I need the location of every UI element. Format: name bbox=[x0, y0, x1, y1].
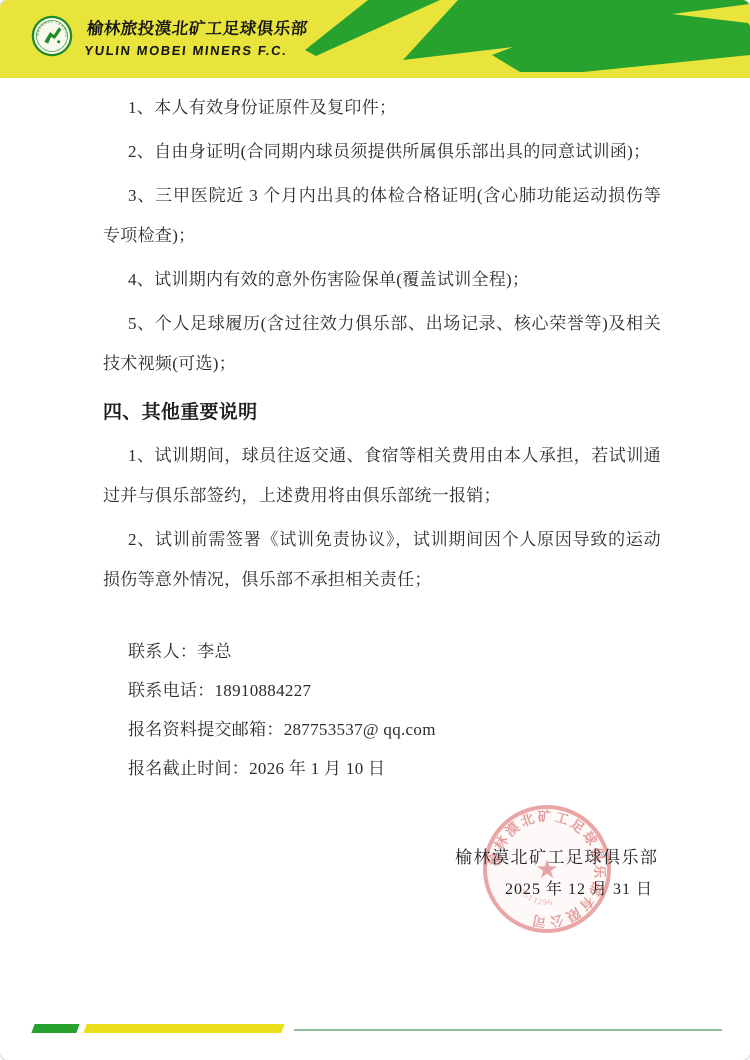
materials-item-3: 3、三甲医院近 3 个月内出具的体检合格证明(含心肺功能运动损伤等专项检查)； bbox=[103, 176, 661, 256]
footer-rule-line bbox=[294, 1029, 722, 1031]
contact-phone: 联系电话：18910884227 bbox=[103, 671, 661, 710]
header-stripes-decoration bbox=[300, 0, 750, 78]
club-name-en: YULIN MOBEI MINERS F.C. bbox=[84, 43, 307, 58]
contact-email: 报名资料提交邮箱：287753537@ qq.com bbox=[103, 710, 661, 749]
contact-person: 联系人：李总 bbox=[103, 632, 661, 671]
club-name-zh: 榆林旅投漠北矿工足球俱乐部 bbox=[86, 15, 310, 39]
materials-item-2: 2、自由身证明(合同期内球员须提供所属俱乐部出具的同意试训函)； bbox=[103, 132, 661, 172]
materials-item-1: 1、本人有效身份证原件及复印件； bbox=[103, 88, 661, 128]
section-heading-other-notes: 四、其他重要说明 bbox=[103, 398, 661, 428]
club-header-band: 榆林旅投漠北矿工足球俱乐部 榆林旅投漠北矿工足球俱乐部 YULIN MOBEI … bbox=[0, 0, 750, 78]
footer-yellow-bar bbox=[83, 1024, 284, 1033]
materials-item-4: 4、试训期内有效的意外伤害险保单(覆盖试训全程)； bbox=[103, 260, 661, 300]
club-title-block: 榆林旅投漠北矿工足球俱乐部 YULIN MOBEI MINERS F.C. bbox=[84, 15, 310, 58]
company-seal-stamp: 榆林漠北矿工足球俱乐部有限公司 ★ 0513296 bbox=[477, 799, 617, 939]
signature-club-name: 榆林漠北矿工足球俱乐部 bbox=[455, 843, 659, 868]
signature-date: 2025 年 12 月 31 日 bbox=[505, 876, 653, 899]
footer-green-bar bbox=[31, 1024, 79, 1033]
materials-item-5: 5、个人足球履历(含过往效力俱乐部、出场记录、核心荣誉等)及相关技术视频(可选)… bbox=[103, 304, 661, 384]
document-page: 榆林旅投漠北矿工足球俱乐部 榆林旅投漠北矿工足球俱乐部 YULIN MOBEI … bbox=[0, 0, 750, 1060]
notes-item-2: 2、试训前需签署《试训免责协议》，试训期间因个人原因导致的运动损伤等意外情况，俱… bbox=[103, 520, 661, 600]
contact-deadline: 报名截止时间：2026 年 1 月 10 日 bbox=[103, 749, 661, 788]
club-crest-logo-icon: 榆林旅投漠北矿工足球俱乐部 bbox=[31, 15, 73, 57]
document-body: 1、本人有效身份证原件及复印件； 2、自由身证明(合同期内球员须提供所属俱乐部出… bbox=[103, 88, 661, 788]
notes-item-1: 1、试训期间，球员往返交通、食宿等相关费用由本人承担，若试训通过并与俱乐部签约，… bbox=[103, 436, 661, 516]
contact-block: 联系人：李总 联系电话：18910884227 报名资料提交邮箱：2877535… bbox=[103, 632, 661, 788]
